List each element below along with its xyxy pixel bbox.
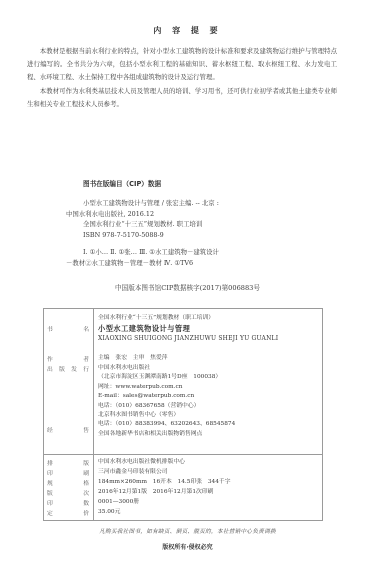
row-label: 排版 — [47, 458, 89, 467]
row-value: 全国水利行业“十三五”规划教材（职工培训） 小型水工建筑物设计与管理 XIAOX… — [98, 314, 318, 344]
series-name: 全国水利行业“十三五”规划教材（职工培训） — [98, 314, 318, 323]
replacement-notice: 凡购买我社图书，如有缺页、倒页、脱页的，本社营销中心负责调换 — [0, 527, 375, 535]
row-label: 版次 — [47, 488, 89, 497]
summary-heading: 内 容 提 要 — [0, 25, 375, 36]
distributor-line: 全国各地新华书店和相关出版物销售网点 — [98, 430, 318, 439]
row-value: 0001—3000册 — [98, 498, 318, 507]
price-value: 35.00元 — [98, 508, 318, 517]
summary-body: 本教材是根据当前水利行业的特点，针对小型水工建筑物的设计标准和要求及建筑物运行维… — [27, 45, 337, 111]
cip-title: 图书在版编目（CIP）数据 — [83, 178, 161, 188]
cip-record: 小型水工建筑物设计与管理 / 张宏主编. -- 北京 : 中国水利水电出版社, … — [66, 198, 306, 268]
colophon-table: 书名 全国水利行业“十三五”规划教材（职工培训） 小型水工建筑物设计与管理 XI… — [43, 308, 323, 521]
publisher-name: 中国水利水电出版社 — [98, 364, 318, 373]
cip-line: Ⅰ. ①小… Ⅱ. ①张… Ⅲ. ①水工建筑物－建筑设计 — [66, 247, 306, 258]
row-label: 经售 — [47, 425, 89, 434]
book-title: 小型水工建筑物设计与管理 — [98, 323, 318, 334]
row-value: 北京科水图书销售中心（零售） 电话：（010）88383994、63202643… — [98, 411, 318, 439]
row-label: 定价 — [47, 508, 89, 517]
cip-line: 小型水工建筑物设计与管理 / 张宏主编. -- 北京 : — [66, 198, 306, 209]
row-value: 2016年12月第1版 2016年12月第1次印刷 — [98, 488, 318, 497]
row-label: 规格 — [47, 478, 89, 487]
summary-paragraph: 本教材可作为水利类基层技术人员及管理人员的培训、学习用书，还可供行业初学者或其他… — [27, 85, 337, 111]
distributor-line: 电话：（010）88383994、63202643、68545874 — [98, 420, 318, 429]
cip-record-number: 中国版本图书馆CIP数据核字(2017)第006883号 — [0, 282, 375, 292]
row-label: 印数 — [47, 498, 89, 507]
row-value: 三河市鑫金马印装有限公司 — [98, 468, 318, 477]
row-value: 中国水利水电出版社微机排版中心 — [98, 458, 318, 467]
cip-line: －教材②水工建筑物－管理－教材 Ⅳ. ①TV6 — [66, 258, 306, 269]
row-label: 作者 — [47, 354, 89, 363]
cip-isbn: ISBN 978-7-5170-5088-9 — [66, 230, 306, 241]
cip-line: 全国水利行业“十三五”规划教材. 职工培训 — [66, 219, 306, 230]
cip-line: 中国水利水电出版社, 2016.12 — [66, 209, 306, 220]
publisher-phone: 电话：（010）68367658（营销中心） — [98, 402, 318, 411]
copyright-notice: 版权所有·侵权必究 — [0, 542, 375, 551]
publisher-address: （北京市海淀区玉渊潭南路1号D座 100038） — [98, 373, 318, 382]
distributor-line: 北京科水图书销售中心（零售） — [98, 411, 318, 420]
row-label: 书名 — [47, 324, 89, 333]
row-separator — [44, 454, 322, 455]
summary-paragraph: 本教材是根据当前水利行业的特点，针对小型水工建筑物的设计标准和要求及建筑物运行维… — [27, 45, 337, 85]
row-value: 184mm×260mm 16开本 14.5印张 344千字 — [98, 478, 318, 487]
column-divider — [93, 309, 94, 520]
row-value: 中国水利水电出版社 （北京市海淀区玉渊潭南路1号D座 100038） 网址：ww… — [98, 364, 318, 411]
publisher-website: 网址：www.waterpub.com.cn — [98, 383, 318, 392]
row-label: 出版发行 — [47, 364, 89, 373]
row-label: 印刷 — [47, 468, 89, 477]
book-title-pinyin: XIAOXING SHUIGONG JIANZHUWU SHEJI YU GUA… — [98, 334, 318, 343]
publisher-email: E-mail：sales@waterpub.com.cn — [98, 392, 318, 401]
row-value: 主编 张宏 主审 焦爱萍 — [98, 354, 318, 363]
